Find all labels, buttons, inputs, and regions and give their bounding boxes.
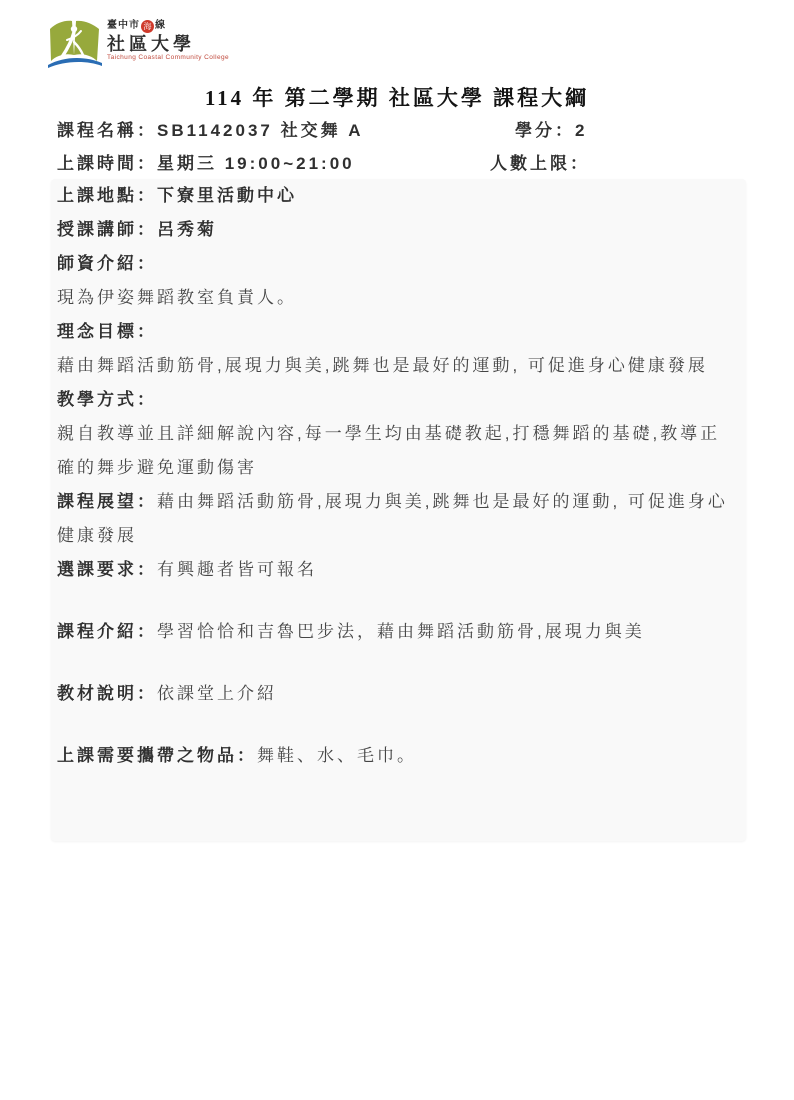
course-details-panel: 上課地點：下寮里活動中心 授課講師：呂秀菊 師資介紹： 現為伊姿舞蹈教室負責人。…	[51, 179, 746, 841]
location-label: 上課地點：	[57, 186, 157, 205]
logo-region-prefix: 臺中市	[107, 21, 140, 32]
goals-label: 理念目標：	[57, 315, 738, 349]
credits-cell: 學分：2	[515, 114, 587, 147]
materials-label: 教材說明：	[57, 684, 157, 703]
course-name-value: SB1142037 社交舞 A	[157, 121, 364, 140]
capacity-label: 人數上限：	[490, 154, 590, 173]
course-outlook-row: 課程展望：藉由舞蹈活動筋骨,展現力與美,跳舞也是最好的運動, 可促進身心健康發展	[57, 485, 738, 553]
course-intro-row: 課程介紹：學習恰恰和吉魯巴步法，藉由舞蹈活動筋骨,展現力與美	[57, 615, 738, 649]
logo-text: 臺中市 海 線 社區大學 Taichung Coastal Community …	[107, 16, 229, 62]
teaching-method-text: 親自教導並且詳細解說內容,每一學生均由基礎教起,打穩舞蹈的基礎,教導正確的舞步避…	[57, 417, 738, 485]
header-rows: 課程名稱：SB1142037 社交舞 A 學分：2 上課時間：星期三 19:00…	[57, 114, 746, 180]
class-time-label: 上課時間：	[57, 154, 157, 173]
course-outlook-value: 藉由舞蹈活動筋骨,展現力與美,跳舞也是最好的運動, 可促進身心健康發展	[57, 492, 728, 545]
items-to-bring-row: 上課需要攜帶之物品：舞鞋、水、毛巾。	[57, 739, 738, 773]
items-to-bring-value: 舞鞋、水、毛巾。	[257, 746, 417, 765]
location-row: 上課地點：下寮里活動中心	[57, 179, 738, 213]
class-time-cell: 上課時間：星期三 19:00~21:00	[57, 147, 490, 180]
class-time-value: 星期三 19:00~21:00	[157, 154, 355, 173]
course-name-cell: 課程名稱：SB1142037 社交舞 A	[57, 114, 515, 147]
instructor-row: 授課講師：呂秀菊	[57, 213, 738, 247]
course-name-label: 課程名稱：	[57, 121, 157, 140]
items-to-bring-label: 上課需要攜帶之物品：	[57, 746, 257, 765]
logo-school-name-english: Taichung Coastal Community College	[107, 55, 229, 62]
materials-value: 依課堂上介紹	[157, 684, 277, 703]
credits-value: 2	[575, 121, 587, 140]
location-value: 下寮里活動中心	[157, 186, 297, 205]
materials-row: 教材說明：依課堂上介紹	[57, 677, 738, 711]
instructor-label: 授課講師：	[57, 220, 157, 239]
logo-seal-icon: 海	[141, 20, 154, 33]
enrollment-requirements-value: 有興趣者皆可報名	[157, 560, 317, 579]
logo-region-suffix: 線	[155, 21, 166, 32]
course-outlook-label: 課程展望：	[57, 492, 157, 511]
logo-school-name: 社區大學	[107, 35, 229, 54]
school-logo: 臺中市 海 線 社區大學 Taichung Coastal Community …	[46, 16, 229, 68]
course-outline-document: 臺中市 海 線 社區大學 Taichung Coastal Community …	[0, 0, 794, 1100]
credits-label: 學分：	[515, 121, 575, 140]
teaching-method-label: 教學方式：	[57, 383, 738, 417]
instructor-bio-text: 現為伊姿舞蹈教室負責人。	[57, 281, 738, 315]
book-dancer-wave-icon	[46, 16, 104, 68]
course-intro-value: 學習恰恰和吉魯巴步法，藉由舞蹈活動筋骨,展現力與美	[157, 622, 645, 641]
enrollment-requirements-label: 選課要求：	[57, 560, 157, 579]
class-time-row: 上課時間：星期三 19:00~21:00 人數上限：	[57, 147, 746, 180]
instructor-value: 呂秀菊	[157, 220, 217, 239]
instructor-bio-label: 師資介紹：	[57, 247, 738, 281]
goals-text: 藉由舞蹈活動筋骨,展現力與美,跳舞也是最好的運動, 可促進身心健康發展	[57, 349, 738, 383]
capacity-cell: 人數上限：	[490, 147, 590, 180]
page-title: 114 年 第二學期 社區大學 課程大綱	[0, 82, 794, 112]
enrollment-requirements-row: 選課要求：有興趣者皆可報名	[57, 553, 738, 587]
course-intro-label: 課程介紹：	[57, 622, 157, 641]
logo-region-line: 臺中市 海 線	[107, 20, 229, 33]
course-name-row: 課程名稱：SB1142037 社交舞 A 學分：2	[57, 114, 746, 147]
